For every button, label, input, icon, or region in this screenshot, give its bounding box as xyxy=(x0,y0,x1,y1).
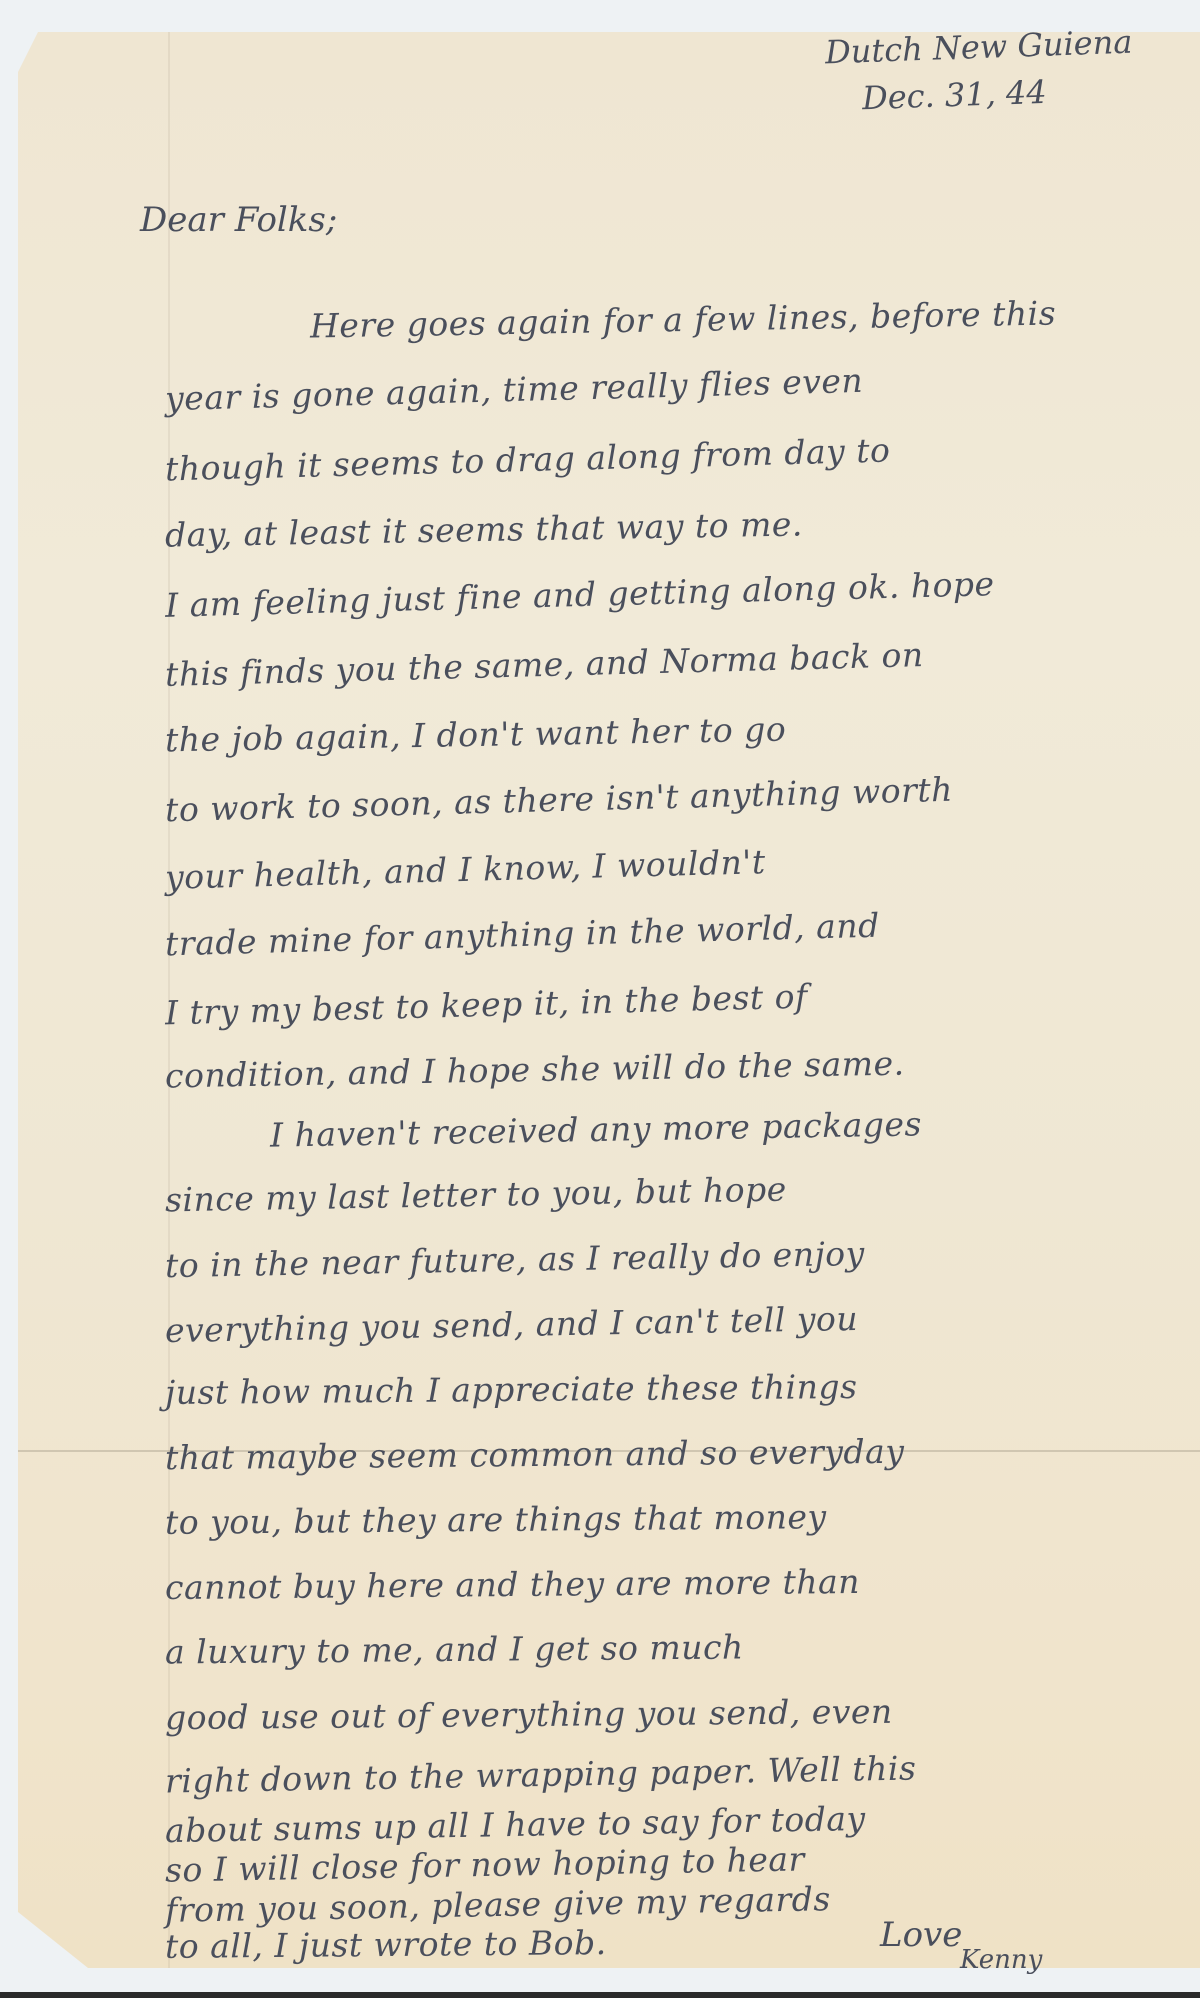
body-line: that maybe seem common and so everyday xyxy=(165,1432,905,1477)
body-line: good use out of everything you send, eve… xyxy=(165,1692,893,1737)
body-line: to all, I just wrote to Bob. xyxy=(165,1923,607,1966)
body-line: a luxury to me, and I get so much xyxy=(165,1627,744,1671)
letter-signoff: Love xyxy=(880,1915,962,1955)
body-line: to you, but they are things that money xyxy=(165,1497,827,1542)
letter-date: Dec. 31, 44 xyxy=(861,73,1047,117)
body-line: cannot buy here and they are more than xyxy=(165,1562,860,1607)
letter-salutation: Dear Folks; xyxy=(140,200,337,240)
body-line: just how much I appreciate these things xyxy=(165,1367,858,1412)
scan-bottom-edge xyxy=(0,1992,1200,1998)
letter-signature: Kenny xyxy=(960,1945,1042,1975)
